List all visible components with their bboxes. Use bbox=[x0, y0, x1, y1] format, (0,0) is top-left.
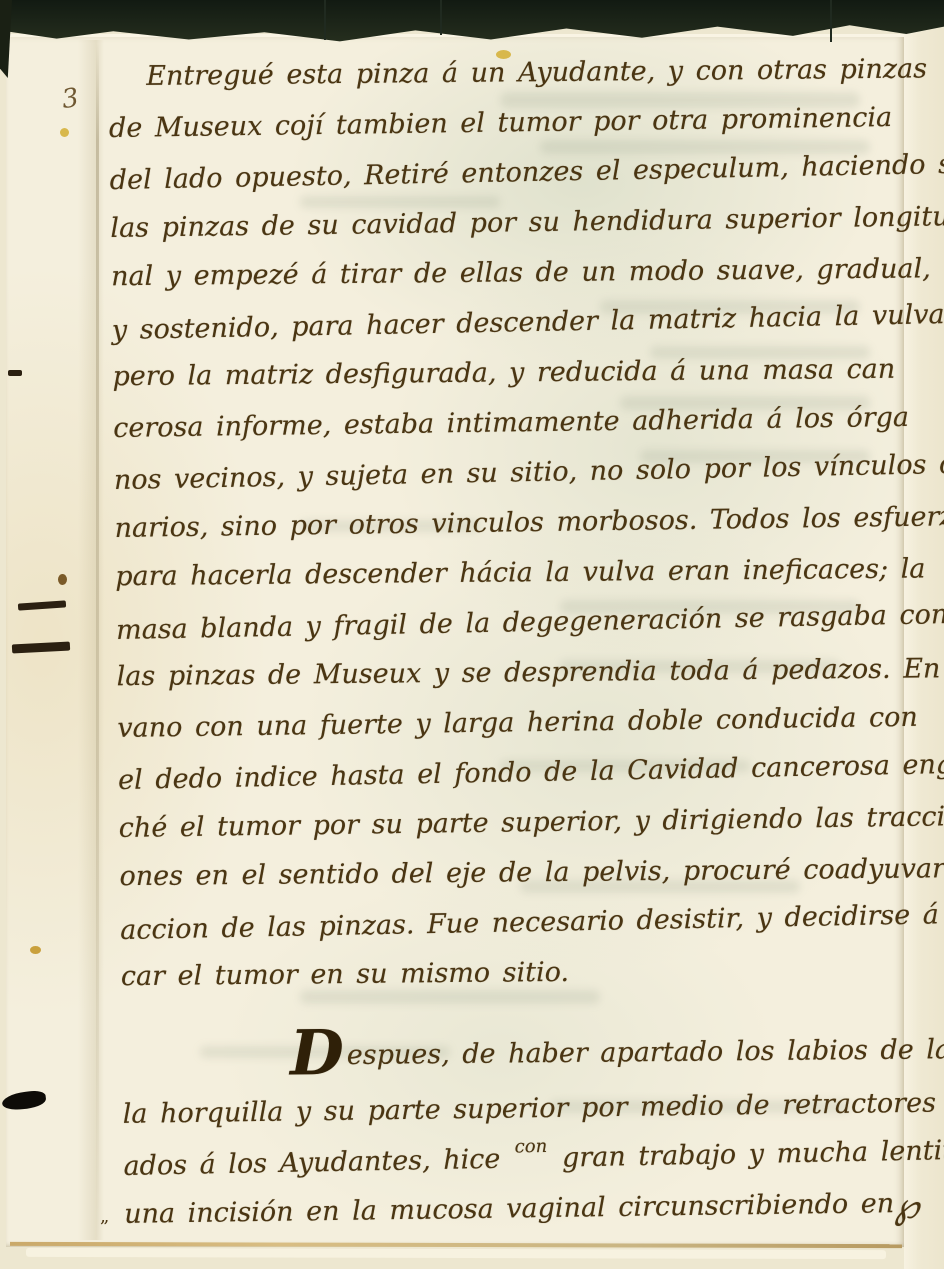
manuscript-line-text: espues, de haber apartado los labios de … bbox=[347, 1033, 944, 1071]
underlying-page-sliver bbox=[26, 1248, 886, 1259]
drop-cap: D bbox=[290, 1016, 344, 1090]
manuscript-line-text: gran trabajo y mucha lentitud bbox=[562, 1134, 944, 1173]
stitch-mark bbox=[8, 370, 22, 376]
paragraph-2: Despues, de haber apartado los labios de… bbox=[122, 1019, 925, 1240]
manuscript-text: Entregué esta pinza á un Ayudante, y con… bbox=[108, 43, 924, 1240]
binding-thread bbox=[830, 0, 832, 42]
manuscript-line: Despues, de haber apartado los labios de… bbox=[122, 1020, 923, 1088]
binding-thread bbox=[324, 0, 326, 40]
paragraph-1: Entregué esta pinza á un Ayudante, y con… bbox=[108, 43, 921, 1004]
interlinear-insertion: con bbox=[515, 1136, 548, 1158]
binding-thread bbox=[440, 0, 442, 35]
stain-speck bbox=[496, 50, 511, 59]
margin-mark: „ bbox=[100, 1206, 109, 1227]
manuscript-line-text: ados á los Ayudantes, hice bbox=[123, 1144, 500, 1182]
manuscript-line-text: una incisión en la mucosa vaginal circun… bbox=[124, 1188, 894, 1230]
binding-crease-shadow bbox=[78, 40, 104, 1240]
binding-crease-line bbox=[96, 44, 99, 1240]
end-flourish: ℘ bbox=[894, 1186, 920, 1227]
manuscript-line: car el tumor en su mismo sitio. bbox=[121, 944, 921, 1002]
manuscript-line: las pinzas de Museux y se desprendia tod… bbox=[116, 645, 916, 703]
stain-speck bbox=[30, 946, 41, 954]
manuscript-line: pero la matriz desfigurada, y reducida á… bbox=[112, 345, 912, 403]
stain-speck bbox=[58, 574, 67, 585]
stain-speck bbox=[60, 128, 69, 137]
scanned-manuscript-page: 3 Entregué esta pinza á un Ayudante, y c… bbox=[0, 0, 944, 1269]
